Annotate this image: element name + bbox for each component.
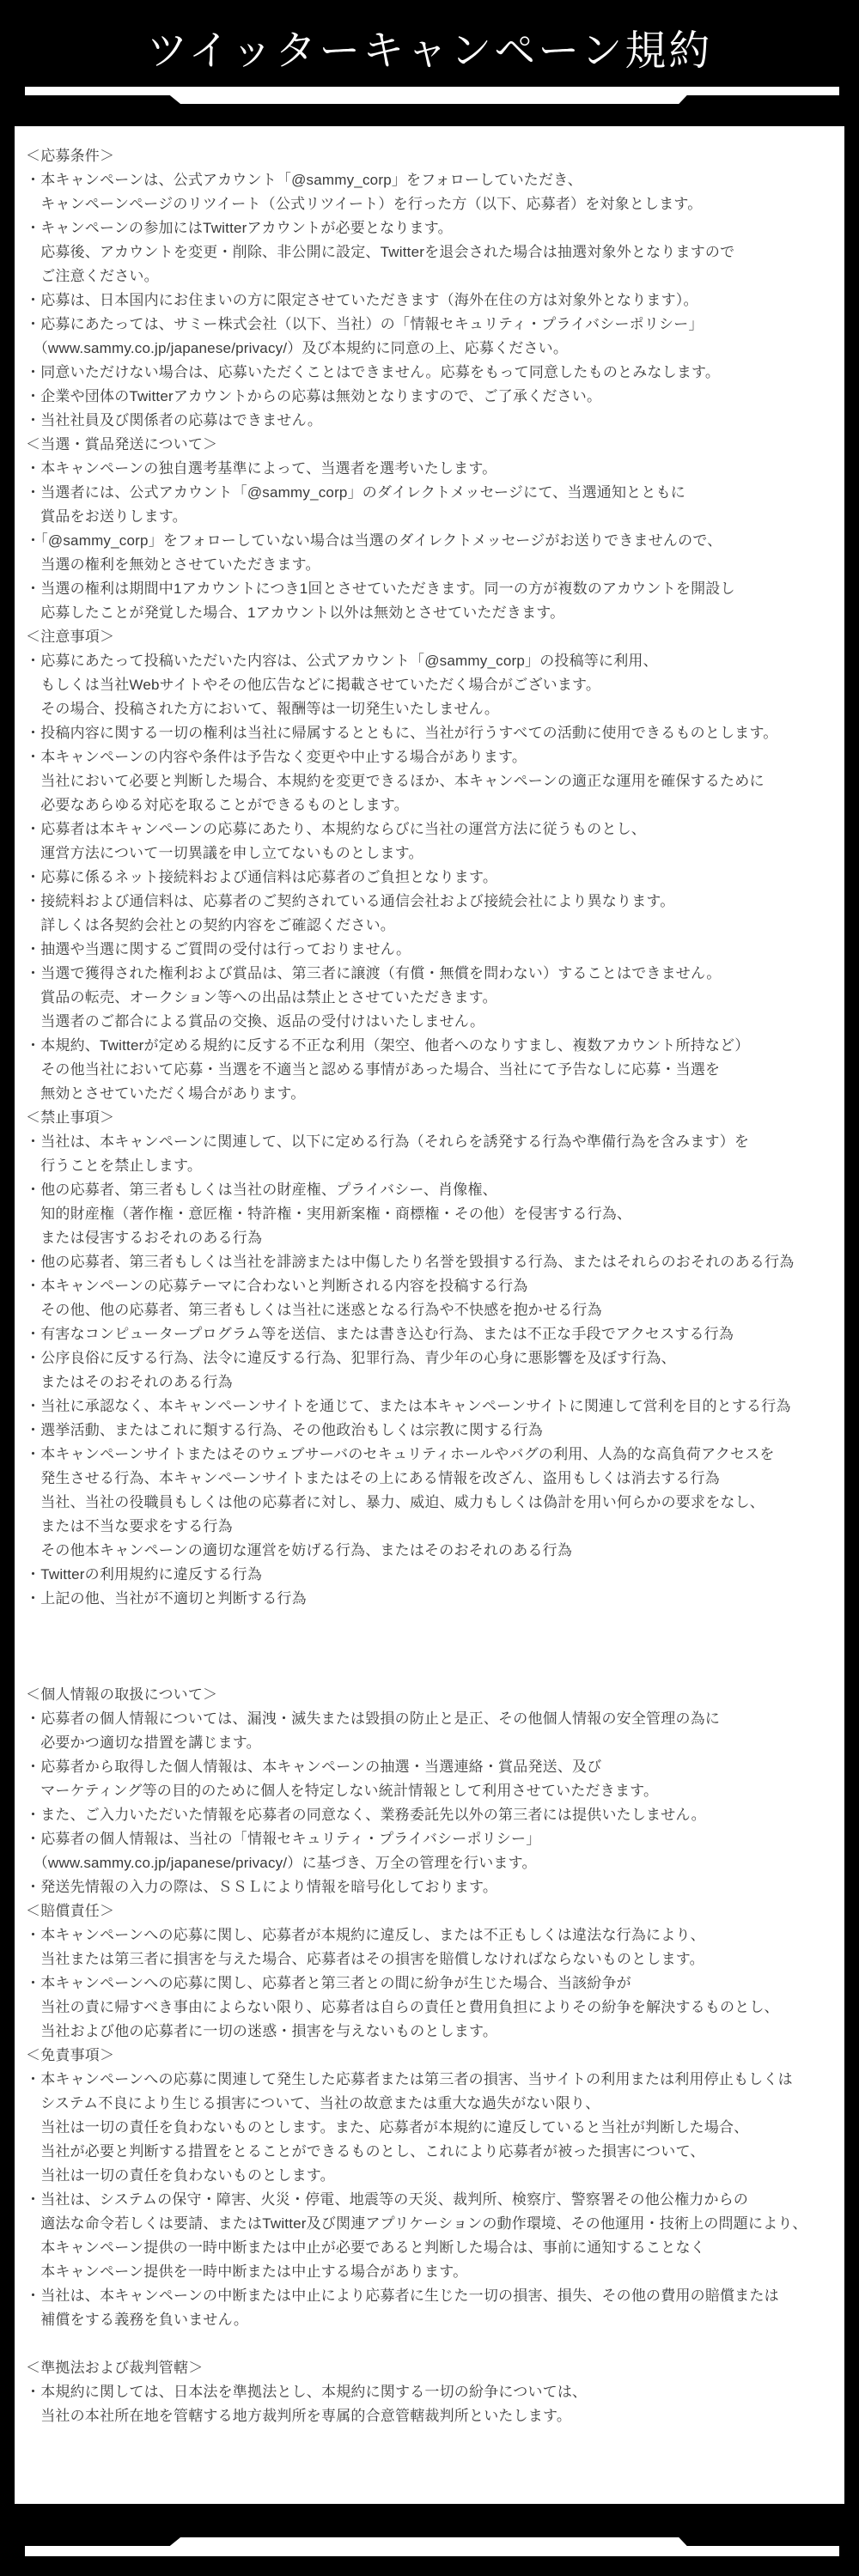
term-line: ・上記の他、当社が不適切と判断する行為: [26, 1587, 834, 1611]
term-line: ・応募者の個人情報については、漏洩・滅失または毀損の防止と是正、その他個人情報の…: [26, 1707, 834, 1731]
term-line: 賞品の転売、オークション等への出品は禁止とさせていただきます。: [26, 986, 834, 1010]
term-line: ・同意いただけない場合は、応募いただくことはできません。応募をもって同意したもの…: [26, 361, 834, 385]
term-line: またはそのおそれのある行為: [26, 1370, 834, 1394]
term-line: ・本キャンペーンの内容や条件は予告なく変更や中止する場合があります。: [26, 745, 834, 769]
page-title: ツイッターキャンペーン規約: [0, 17, 859, 76]
term-line: キャンペーンページのリツイート（公式リツイート）を行った方（以下、応募者）を対象…: [26, 192, 834, 216]
term-line: ・当社社員及び関係者の応募はできません。: [26, 409, 834, 433]
term-line: ・当社は、本キャンペーンに関連して、以下に定める行為（それらを誘発する行為や準備…: [26, 1130, 834, 1154]
footer-divider-stripe: [25, 2537, 839, 2556]
term-line: ご注意ください。: [26, 264, 834, 289]
term-line: もしくは当社Webサイトやその他広告などに掲載させていただく場合がございます。: [26, 673, 834, 697]
term-line: 当社の責に帰すべき事由によらない限り、応募者は自らの責任と費用負担によりその紛争…: [26, 1996, 834, 2020]
term-line: ・当社に承認なく、本キャンペーンサイトを通じて、または本キャンペーンサイトに関連…: [26, 1394, 834, 1419]
term-line: 行うことを禁止します。: [26, 1154, 834, 1178]
term-line: ・本キャンペーンは、公式アカウント「@sammy_corp」をフォローしていただ…: [26, 168, 834, 192]
terms-content: ＜応募条件＞・本キャンペーンは、公式アカウント「@sammy_corp」をフォロ…: [26, 144, 834, 2428]
term-line: 当社が必要と判断する措置をとることができるものとし、これにより応募者が被った損害…: [26, 2140, 834, 2164]
term-line: ・選挙活動、またはこれに類する行為、その他政治もしくは宗教に関する行為: [26, 1419, 834, 1443]
term-line: 詳しくは各契約会社との契約内容をご確認ください。: [26, 914, 834, 938]
term-line: ・投稿内容に関する一切の権利は当社に帰属するとともに、当社が行うすべての活動に使…: [26, 721, 834, 745]
term-line: ・企業や団体のTwitterアカウントからの応募は無効となりますので、ご了承くだ…: [26, 385, 834, 409]
section-heading: ＜注意事項＞: [26, 625, 834, 649]
blank-line: [26, 1635, 834, 1659]
term-line: ・公序良俗に反する行為、法令に違反する行為、犯罪行為、青少年の心身に悪影響を及ぼ…: [26, 1346, 834, 1370]
term-line: または侵害するおそれのある行為: [26, 1226, 834, 1250]
term-line: （www.sammy.co.jp/japanese/privacy/）に基づき、…: [26, 1851, 834, 1875]
term-line: 賞品をお送りします。: [26, 505, 834, 529]
term-line: ・当選で獲得された権利および賞品は、第三者に譲渡（有償・無償を問わない）すること…: [26, 962, 834, 986]
term-line: その他本キャンペーンの適切な運営を妨げる行為、またはそのおそれのある行為: [26, 1539, 834, 1563]
term-line: 必要なあらゆる対応を取ることができるものとします。: [26, 793, 834, 817]
term-line: （www.sammy.co.jp/japanese/privacy/）及び本規約…: [26, 337, 834, 361]
term-line: ・応募者から取得した個人情報は、本キャンペーンの抽選・当選連絡・賞品発送、及び: [26, 1755, 834, 1779]
section-heading: ＜禁止事項＞: [26, 1106, 834, 1130]
section-heading: ＜応募条件＞: [26, 144, 834, 168]
term-line: 当社および他の応募者に一切の迷惑・損害を与えないものとします。: [26, 2020, 834, 2044]
term-line: ・他の応募者、第三者もしくは当社を誹謗または中傷したり名誉を毀損する行為、または…: [26, 1250, 834, 1274]
term-line: 当社は一切の責任を負わないものとします。また、応募者が本規約に違反していると当社…: [26, 2116, 834, 2140]
term-line: 当社において必要と判断した場合、本規約を変更できるほか、本キャンペーンの適正な運…: [26, 769, 834, 793]
header-divider-stripe: [25, 87, 839, 104]
term-line: ・応募に係るネット接続料および通信料は応募者のご負担となります。: [26, 866, 834, 890]
term-line: 運営方法について一切異議を申し立てないものとします。: [26, 841, 834, 866]
term-line: ・有害なコンピュータープログラム等を送信、または書き込む行為、または不正な手段で…: [26, 1322, 834, 1346]
term-line: ・当選の権利は期間中1アカウントにつき1回とさせていただきます。同一の方が複数の…: [26, 577, 834, 601]
term-line: システム不良により生じる損害について、当社の故意または重大な過失がない限り、: [26, 2092, 834, 2116]
term-line: 無効とさせていただく場合があります。: [26, 1082, 834, 1106]
term-line: ・応募にあたって投稿いただいた内容は、公式アカウント「@sammy_corp」の…: [26, 649, 834, 673]
term-line: 本キャンペーン提供の一時中断または中止が必要であると判断した場合は、事前に通知す…: [26, 2236, 834, 2260]
section-heading: ＜準拠法および裁判管轄＞: [26, 2356, 834, 2380]
term-line: または不当な要求をする行為: [26, 1515, 834, 1539]
term-line: ・応募者の個人情報は、当社の「情報セキュリティ・プライバシーポリシー」: [26, 1827, 834, 1851]
term-line: 当社は一切の責任を負わないものとします。: [26, 2164, 834, 2188]
term-line: 適法な命令若しくは要請、またはTwitter及び関連アプリケーションの動作環境、…: [26, 2212, 834, 2236]
term-line: 発生させる行為、本キャンペーンサイトまたはその上にある情報を改ざん、盗用もしくは…: [26, 1467, 834, 1491]
section-heading: ＜個人情報の取扱について＞: [26, 1683, 834, 1707]
term-line: ・本規約、Twitterが定める規約に反する不正な利用（架空、他者へのなりすまし…: [26, 1034, 834, 1058]
campaign-terms-page: { "page": { "title": "ツイッターキャンペーン規約", "b…: [0, 0, 859, 2576]
term-line: 当選者のご都合による賞品の交換、返品の受付けはいたしません。: [26, 1010, 834, 1034]
term-line: ・本キャンペーンの独自選考基準によって、当選者を選考いたします。: [26, 457, 834, 481]
section-heading: ＜免責事項＞: [26, 2044, 834, 2068]
term-line: 当選の権利を無効とさせていただきます。: [26, 553, 834, 577]
blank-line: [26, 1611, 834, 1635]
term-line: ・当選者には、公式アカウント「@sammy_corp」のダイレクトメッセージにて…: [26, 481, 834, 505]
term-line: ・本キャンペーンへの応募に関し、応募者と第三者との間に紛争が生じた場合、当該紛争…: [26, 1971, 834, 1996]
term-line: ・本キャンペーンへの応募に関し、応募者が本規約に違反し、または不正もしくは違法な…: [26, 1923, 834, 1947]
term-line: 必要かつ適切な措置を講じます。: [26, 1731, 834, 1755]
section-heading: ＜当選・賞品発送について＞: [26, 433, 834, 457]
term-line: ・他の応募者、第三者もしくは当社の財産権、プライバシー、肖像権、: [26, 1178, 834, 1202]
term-line: 補償をする義務を負いません。: [26, 2308, 834, 2332]
term-line: ・応募者は本キャンペーンの応募にあたり、本規約ならびに当社の運営方法に従うものと…: [26, 817, 834, 841]
term-line: 本キャンペーン提供を一時中断または中止する場合があります。: [26, 2260, 834, 2284]
term-line: ・本キャンペーンへの応募に関連して発生した応募者または第三者の損害、当サイトの利…: [26, 2068, 834, 2092]
term-line: ・「@sammy_corp」をフォローしていない場合は当選のダイレクトメッセージ…: [26, 529, 834, 553]
blank-line: [26, 2332, 834, 2356]
term-line: 当社、当社の役職員もしくは他の応募者に対し、暴力、威迫、威力もしくは偽計を用い何…: [26, 1491, 834, 1515]
term-line: マーケティング等の目的のために個人を特定しない統計情報として利用させていただきま…: [26, 1779, 834, 1803]
term-line: その場合、投稿された方において、報酬等は一切発生いたしません。: [26, 697, 834, 721]
term-line: ・応募は、日本国内にお住まいの方に限定させていただきます（海外在住の方は対象外と…: [26, 289, 834, 313]
term-line: 知的財産権（著作権・意匠権・特許権・実用新案権・商標権・その他）を侵害する行為、: [26, 1202, 834, 1226]
terms-panel: ＜応募条件＞・本キャンペーンは、公式アカウント「@sammy_corp」をフォロ…: [15, 126, 844, 2504]
term-line: ・本キャンペーンの応募テーマに合わないと判断される内容を投稿する行為: [26, 1274, 834, 1298]
term-line: ・また、ご入力いただいた情報を応募者の同意なく、業務委託先以外の第三者には提供い…: [26, 1803, 834, 1827]
term-line: 応募したことが発覚した場合、1アカウント以外は無効とさせていただきます。: [26, 601, 834, 625]
term-line: 応募後、アカウントを変更・削除、非公開に設定、Twitterを退会された場合は抽…: [26, 240, 834, 264]
section-heading: ＜賠償責任＞: [26, 1899, 834, 1923]
term-line: ・Twitterの利用規約に違反する行為: [26, 1563, 834, 1587]
term-line: 当社または第三者に損害を与えた場合、応募者はその損害を賠償しなければならないもの…: [26, 1947, 834, 1971]
term-line: ・本キャンペーンサイトまたはそのウェブサーバのセキュリティホールやバグの利用、人…: [26, 1443, 834, 1467]
term-line: ・接続料および通信料は、応募者のご契約されている通信会社および接続会社により異な…: [26, 890, 834, 914]
term-line: ・当社は、本キャンペーンの中断または中止により応募者に生じた一切の損害、損失、そ…: [26, 2284, 834, 2308]
term-line: 当社の本社所在地を管轄する地方裁判所を専属的合意管轄裁判所といたします。: [26, 2404, 834, 2428]
term-line: ・応募にあたっては、サミー株式会社（以下、当社）の「情報セキュリティ・プライバシ…: [26, 313, 834, 337]
term-line: その他当社において応募・当選を不適当と認める事情があった場合、当社にて予告なしに…: [26, 1058, 834, 1082]
term-line: その他、他の応募者、第三者もしくは当社に迷惑となる行為や不快感を抱かせる行為: [26, 1298, 834, 1322]
term-line: ・キャンペーンの参加にはTwitterアカウントが必要となります。: [26, 216, 834, 240]
term-line: ・当社は、システムの保守・障害、火災・停電、地震等の天災、裁判所、検察庁、警察署…: [26, 2188, 834, 2212]
blank-line: [26, 1659, 834, 1683]
term-line: ・発送先情報の入力の際は、ＳＳＬにより情報を暗号化しております。: [26, 1875, 834, 1899]
term-line: ・抽選や当選に関するご質問の受付は行っておりません。: [26, 938, 834, 962]
term-line: ・本規約に関しては、日本法を準拠法とし、本規約に関する一切の紛争については、: [26, 2380, 834, 2404]
